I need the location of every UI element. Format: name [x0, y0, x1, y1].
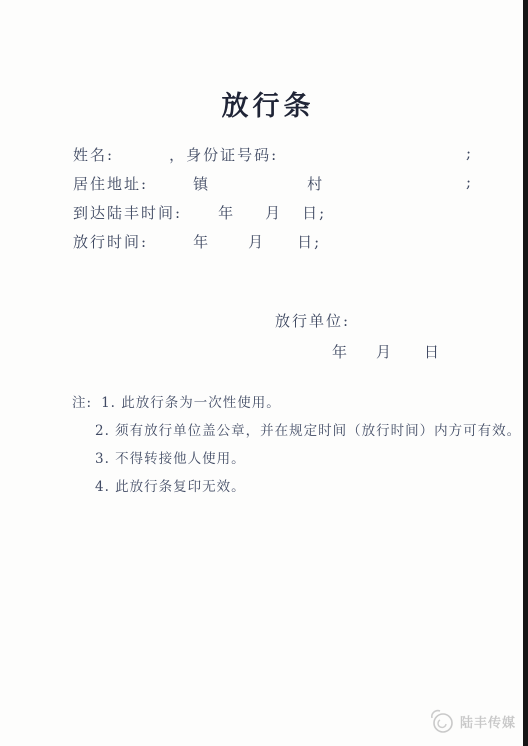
- day-blank: [393, 356, 424, 357]
- release-pass-document: 放行条 姓名:，身份证号码:; 居住地址:镇村; 到达陆丰时间:年月日; 放行时…: [0, 0, 528, 746]
- address-label: 居住地址:: [73, 175, 148, 193]
- day-label: 日;: [302, 204, 326, 222]
- note-item: 4. 此放行条复印无效。: [72, 475, 522, 503]
- signature-block: 放行单位: 年月日: [275, 310, 441, 362]
- month-label: 月: [376, 343, 393, 361]
- note-item: 2. 须有放行单位盖公章，并在规定时间（放行时间）内方可有效。: [72, 419, 522, 447]
- month-blank: [349, 356, 376, 357]
- note-text: 3. 不得转接他人使用。: [95, 451, 246, 467]
- day-blank: [282, 217, 302, 218]
- address-line: 居住地址:镇村;: [73, 173, 513, 202]
- document-title: 放行条: [0, 84, 528, 123]
- release-time-label: 放行时间:: [73, 233, 148, 251]
- name-blank: [114, 159, 169, 160]
- note-text: 4. 此放行条复印无效。: [95, 479, 246, 495]
- year-label: 年: [218, 204, 235, 222]
- id-number-label: 身份证号码:: [186, 146, 278, 164]
- form-fields: 姓名:，身份证号码:; 居住地址:镇村; 到达陆丰时间:年月日; 放行时间:年月…: [73, 144, 513, 260]
- town-blank: [148, 188, 193, 189]
- signature-date-line: 年月日: [275, 341, 441, 362]
- day-label: 日;: [297, 233, 321, 251]
- name-label: 姓名:: [73, 146, 114, 164]
- month-blank: [210, 246, 248, 247]
- day-label: 日: [424, 343, 441, 361]
- year-label: 年: [332, 343, 349, 361]
- town-label: 镇: [193, 175, 210, 193]
- month-label: 月: [265, 204, 282, 222]
- watermark-text: 陆丰传媒: [460, 712, 516, 731]
- year-blank: [182, 217, 218, 218]
- month-label: 月: [248, 233, 265, 251]
- day-blank: [265, 246, 297, 247]
- village-blank: [210, 188, 307, 189]
- year-label: 年: [193, 233, 210, 251]
- comma-separator: ，: [169, 146, 186, 164]
- notes-prefix-label: 注:: [72, 391, 92, 419]
- year-blank: [148, 246, 193, 247]
- line-end-semicolon: ;: [466, 173, 473, 191]
- notes-section: 注: 1. 此放行条为一次性使用。 2. 须有放行单位盖公章，并在规定时间（放行…: [72, 391, 522, 503]
- line-end-semicolon: ;: [466, 144, 473, 162]
- note-text: 1. 此放行条为一次性使用。: [101, 391, 281, 419]
- lufeng-media-logo-icon: [426, 706, 456, 736]
- village-label: 村: [307, 175, 324, 193]
- name-id-line: 姓名:，身份证号码:;: [73, 144, 513, 173]
- note-text: 2. 须有放行单位盖公章，并在规定时间（放行时间）内方可有效。: [95, 423, 521, 439]
- watermark: 陆丰传媒: [426, 706, 516, 736]
- release-time-line: 放行时间:年月日;: [73, 231, 513, 260]
- release-unit-label: 放行单位:: [275, 310, 441, 331]
- arrival-time-label: 到达陆丰时间:: [73, 204, 182, 222]
- month-blank: [235, 217, 265, 218]
- note-item: 注: 1. 此放行条为一次性使用。: [72, 391, 522, 419]
- note-item: 3. 不得转接他人使用。: [72, 447, 522, 475]
- arrival-time-line: 到达陆丰时间:年月日;: [73, 202, 513, 231]
